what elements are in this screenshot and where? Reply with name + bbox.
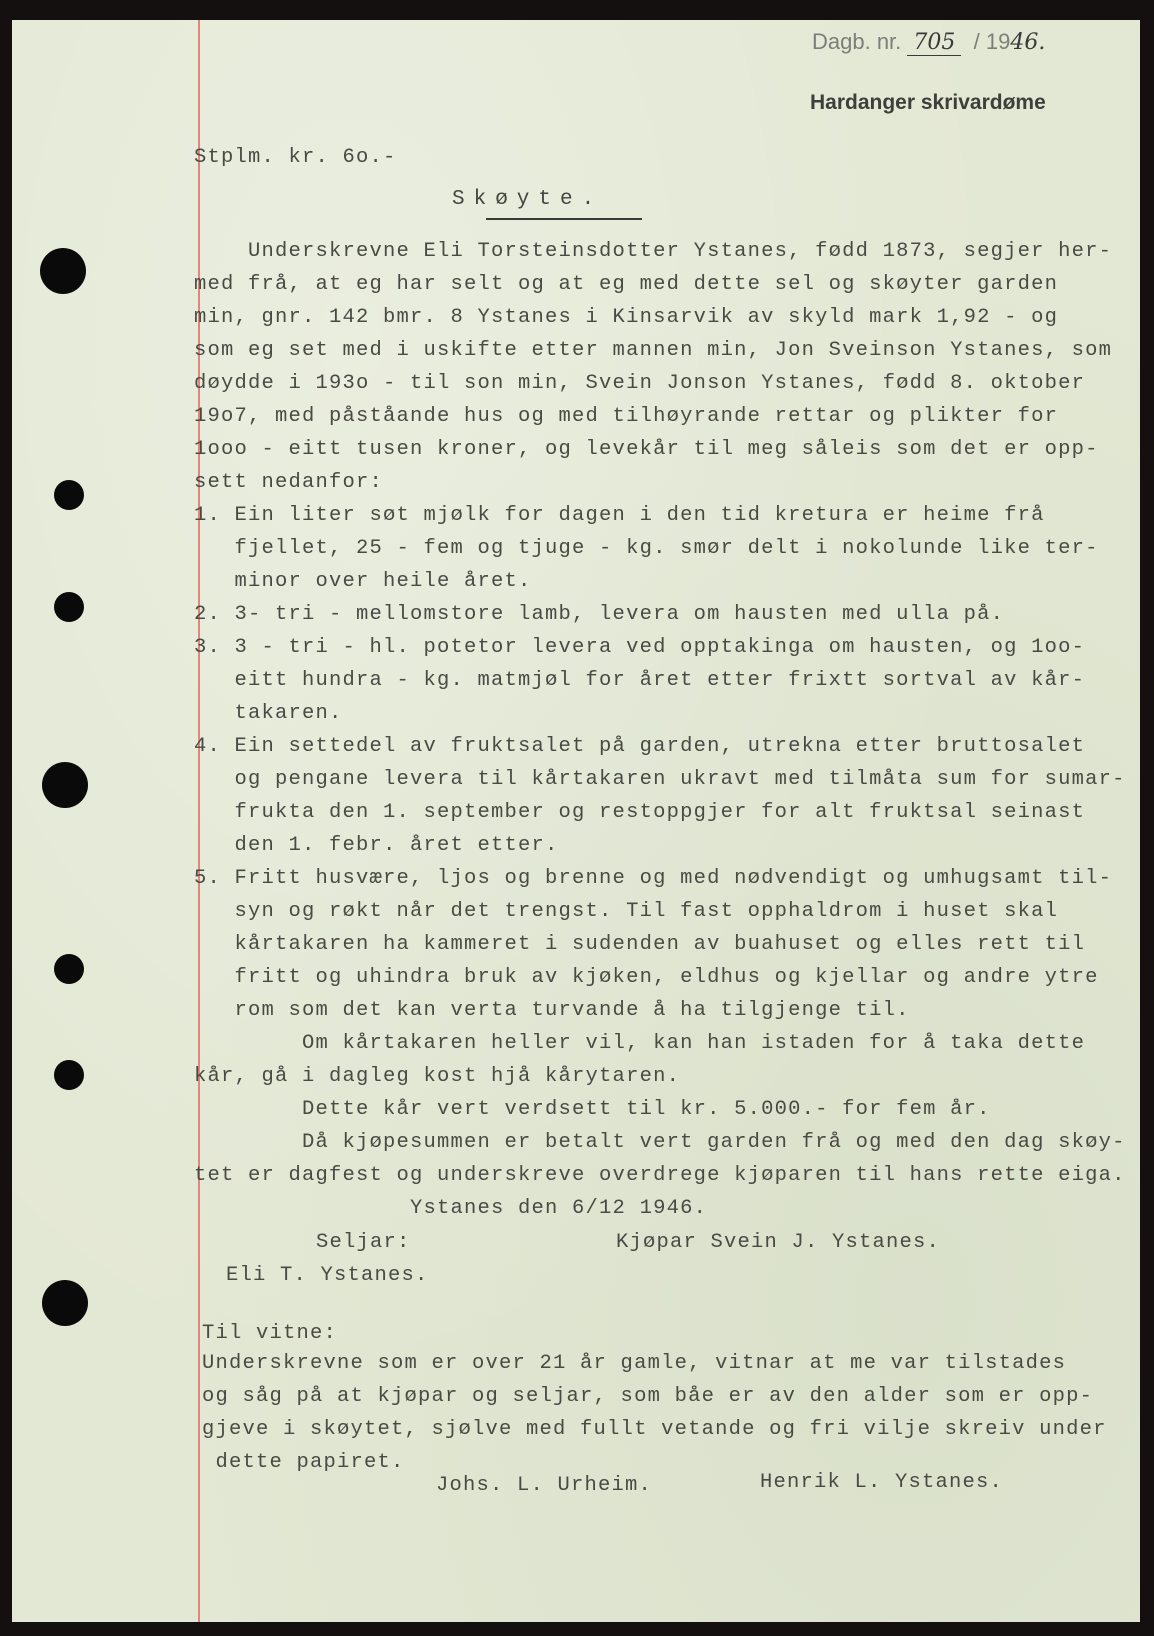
witness-1-signature: Johs. L. Urheim. xyxy=(436,1476,652,1497)
punch-hole-icon xyxy=(42,1280,88,1326)
body-line: kårtakaren ha kammeret i sudenden av bua… xyxy=(194,935,1085,956)
stamp-year-suffix: 46. xyxy=(1010,30,1045,55)
punch-hole-icon xyxy=(54,592,84,622)
body-line: takaren. xyxy=(194,704,343,725)
list-item-4: 4. Ein settedel av fruktsalet på garden,… xyxy=(194,737,1085,758)
stamp-separator: / 19 xyxy=(974,29,1011,54)
seller-signature: Eli T. Ystanes. xyxy=(226,1266,429,1287)
stamp-prefix: Dagb. nr. xyxy=(812,29,901,54)
body-line: 1ooo - eitt tusen kroner, og levekår til… xyxy=(194,440,1099,461)
registry-stamp: Dagb. nr. 705 / 1946. xyxy=(812,29,1045,55)
witness-line: dette papiret. xyxy=(202,1453,405,1474)
body-line: den 1. febr. året etter. xyxy=(194,836,559,857)
body-line: døydde i 193o - til son min, Svein Jonso… xyxy=(194,374,1085,395)
list-item-2: 2. 3- tri - mellomstore lamb, levera om … xyxy=(194,605,1004,626)
seller-label: Seljar: xyxy=(316,1233,411,1254)
body-line: og pengane levera til kårtakaren ukravt … xyxy=(194,770,1126,791)
punch-hole-icon xyxy=(54,480,84,510)
place-date: Ystanes den 6/12 1946. xyxy=(194,1199,707,1220)
document-title: Skøyte. xyxy=(452,188,603,211)
punch-hole-icon xyxy=(54,1060,84,1090)
stamp-number: 705 xyxy=(907,30,961,56)
office-name: Hardanger skrivardøme xyxy=(810,91,1046,115)
body-line: kår, gå i dagleg kost hjå kårytaren. xyxy=(194,1067,680,1088)
buyer-signature: Kjøpar Svein J. Ystanes. xyxy=(616,1233,940,1254)
body-line: Då kjøpesummen er betalt vert garden frå… xyxy=(194,1133,1126,1154)
punch-hole-icon xyxy=(40,248,86,294)
witness-line: gjeve i skøytet, sjølve med fullt vetand… xyxy=(202,1420,1107,1441)
witness-line: og såg på at kjøpar og seljar, som båe e… xyxy=(202,1387,1093,1408)
body-line: Underskrevne Eli Torsteinsdotter Ystanes… xyxy=(194,242,1112,263)
body-line: eitt hundra - kg. matmjøl for året etter… xyxy=(194,671,1085,692)
body-line: Om kårtakaren heller vil, kan han istade… xyxy=(194,1034,1085,1055)
body-line: sett nedanfor: xyxy=(194,473,383,494)
body-line: rom som det kan verta turvande å ha tilg… xyxy=(194,1001,910,1022)
body-line: som eg set med i uskifte etter mannen mi… xyxy=(194,341,1112,362)
list-item-3: 3. 3 - tri - hl. potetor levera ved oppt… xyxy=(194,638,1085,659)
body-line: Dette kår vert verdsett til kr. 5.000.- … xyxy=(194,1100,991,1121)
witness-heading: Til vitne: xyxy=(202,1324,337,1345)
body-line: min, gnr. 142 bmr. 8 Ystanes i Kinsarvik… xyxy=(194,308,1058,329)
body-line: frukta den 1. september og restoppgjer f… xyxy=(194,803,1085,824)
body-line: 19o7, med påståande hus og med tilhøyran… xyxy=(194,407,1058,428)
list-item-5: 5. Fritt husvære, ljos og brenne og med … xyxy=(194,869,1112,890)
body-line: syn og røkt når det trengst. Til fast op… xyxy=(194,902,1058,923)
witness-2-signature: Henrik L. Ystanes. xyxy=(760,1473,1003,1494)
document-page: Dagb. nr. 705 / 1946. Hardanger skrivard… xyxy=(12,20,1140,1622)
witness-line: Underskrevne som er over 21 år gamle, vi… xyxy=(202,1354,1066,1375)
body-line: fritt og uhindra bruk av kjøken, eldhus … xyxy=(194,968,1099,989)
list-item-1: 1. Ein liter søt mjølk for dagen i den t… xyxy=(194,506,1045,527)
body-line: minor over heile året. xyxy=(194,572,532,593)
punch-hole-icon xyxy=(54,954,84,984)
title-underline xyxy=(486,218,642,220)
body-line: tet er dagfest og underskreve overdrege … xyxy=(194,1166,1126,1187)
body-line: med frå, at eg har selt og at eg med det… xyxy=(194,275,1058,296)
body-line: fjellet, 25 - fem og tjuge - kg. smør de… xyxy=(194,539,1099,560)
punch-hole-icon xyxy=(42,762,88,808)
stamp-duty: Stplm. kr. 6o.- xyxy=(194,148,397,169)
